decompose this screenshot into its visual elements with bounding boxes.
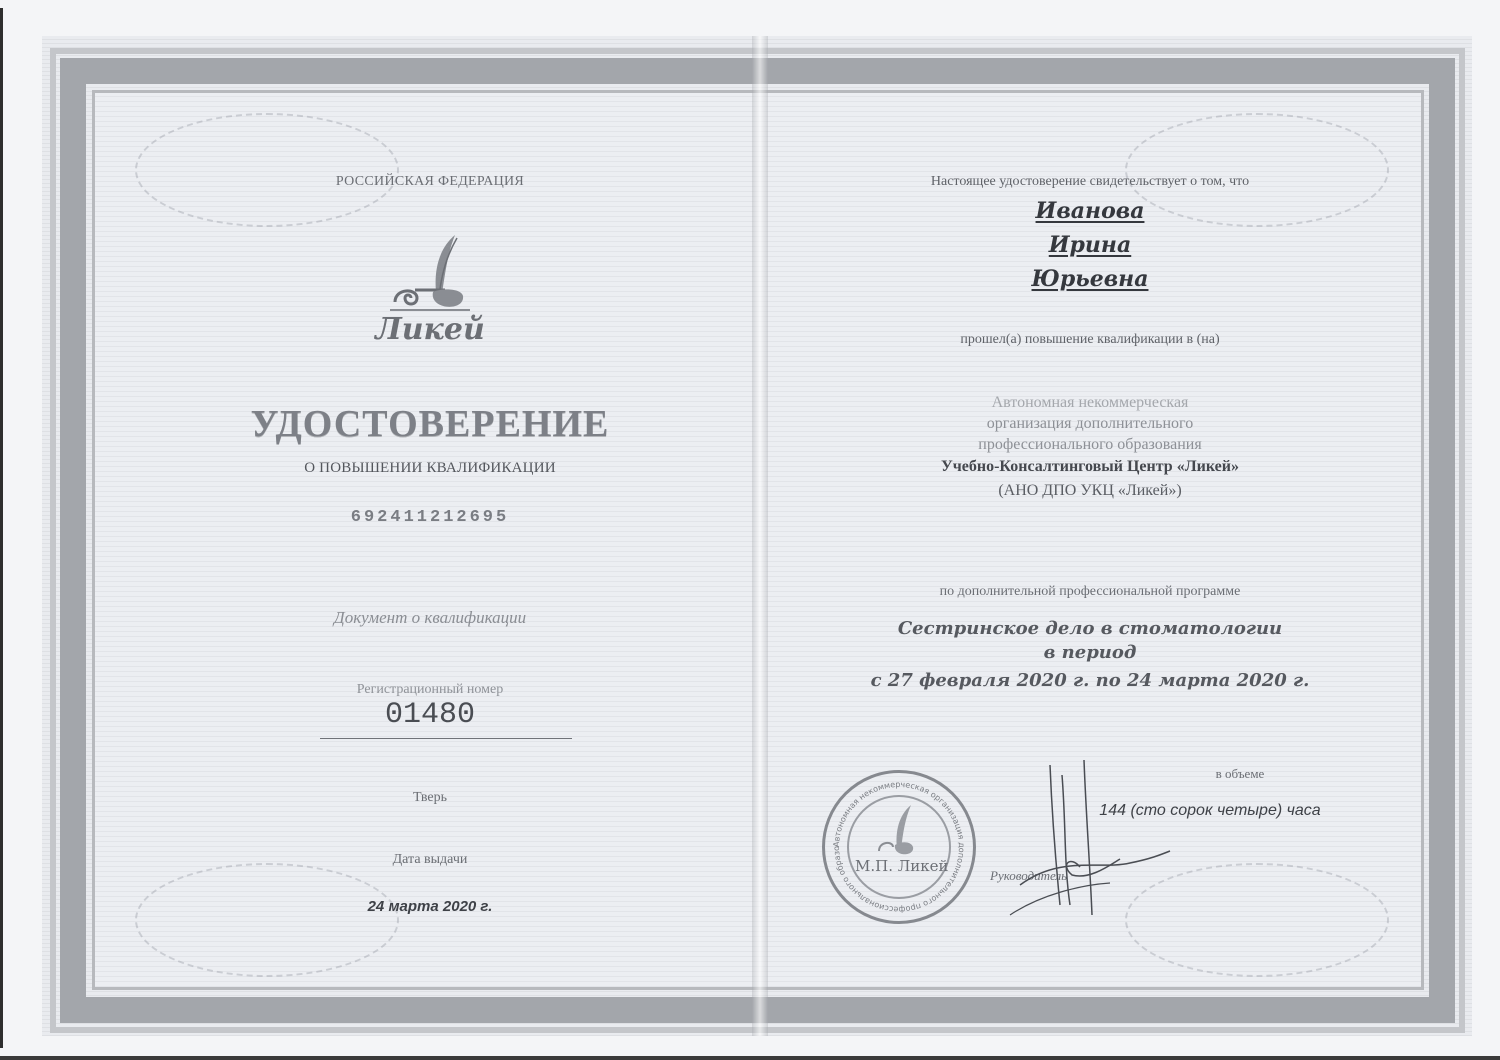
scan-edge (0, 1056, 1500, 1060)
organization-name: Учебно-Консалтинговый Центр «Ликей» (780, 456, 1400, 477)
logo-text: Ликей (120, 312, 740, 347)
first-name: Ирина (780, 232, 1400, 258)
passed-text: прошел(а) повышение квалификации в (на) (780, 332, 1400, 348)
organization-line: Автономная некоммерческая (780, 392, 1400, 413)
patronymic: Юрьевна (780, 266, 1400, 292)
period: с 27 февраля 2020 г. по 24 марта 2020 г. (780, 670, 1400, 691)
organization-abbreviation: (АНО ДПО УКЦ «Ликей») (780, 480, 1400, 501)
period-label: в период (780, 642, 1400, 663)
left-page: РОССИЙСКАЯ ФЕДЕРАЦИЯ Ликей УДОСТОВЕРЕНИЕ… (120, 90, 740, 990)
stamp-inner-circle (847, 795, 951, 899)
registration-label: Регистрационный номер (120, 682, 740, 698)
organization-line: профессионального образования (780, 434, 1400, 455)
organization-line: организация дополнительного (780, 413, 1400, 434)
serial-number: 692411212695 (120, 508, 740, 527)
document-type: Документ о квалификации (120, 608, 740, 628)
surname: Иванова (780, 198, 1400, 224)
quill-inkwell-icon (849, 797, 949, 857)
country-heading: РОССИЙСКАЯ ФЕДЕРАЦИЯ (120, 174, 740, 190)
scan-edge (0, 8, 3, 1048)
document-subtitle: О ПОВЫШЕНИИ КВАЛИФИКАЦИИ (120, 460, 740, 477)
program-name: Сестринское дело в стоматологии (780, 618, 1400, 639)
center-fold (752, 36, 768, 1036)
certificate-intro: Настоящее удостоверение свидетельствует … (780, 174, 1400, 190)
stamp-center-text: М.П. Ликей (855, 857, 949, 875)
registration-underline (320, 738, 572, 739)
registration-number: 01480 (120, 698, 740, 732)
official-stamp: Автономная некоммерческая организация до… (822, 770, 976, 924)
city: Тверь (120, 790, 740, 806)
document-title: УДОСТОВЕРЕНИЕ (120, 402, 740, 446)
issue-date: 24 марта 2020 г. (120, 898, 740, 915)
right-page: Настоящее удостоверение свидетельствует … (780, 90, 1400, 990)
handwritten-signature-icon (1000, 755, 1240, 925)
program-label: по дополнительной профессиональной прогр… (780, 584, 1400, 600)
issue-date-label: Дата выдачи (120, 852, 740, 868)
